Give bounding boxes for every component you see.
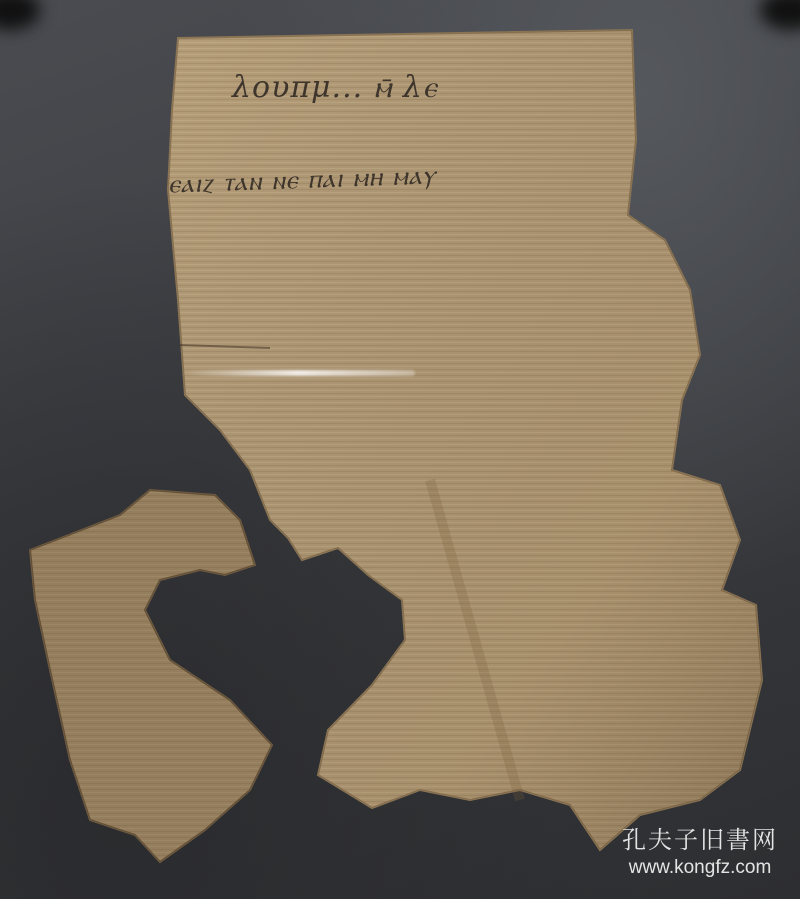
watermark-url: www.kongfz.com — [605, 857, 795, 879]
inscription-line-1: λουπμ... ⲙ̄ λⲉ — [232, 70, 437, 105]
left-papyrus-fragment — [30, 490, 272, 862]
papyrus-fragments — [0, 0, 800, 899]
watermark-site-name: 孔夫子旧書网 — [605, 820, 795, 855]
watermark: 孔夫子旧書网 www.kongfz.com — [605, 820, 795, 879]
main-papyrus-fragment — [168, 30, 762, 850]
light-glare — [180, 370, 415, 376]
